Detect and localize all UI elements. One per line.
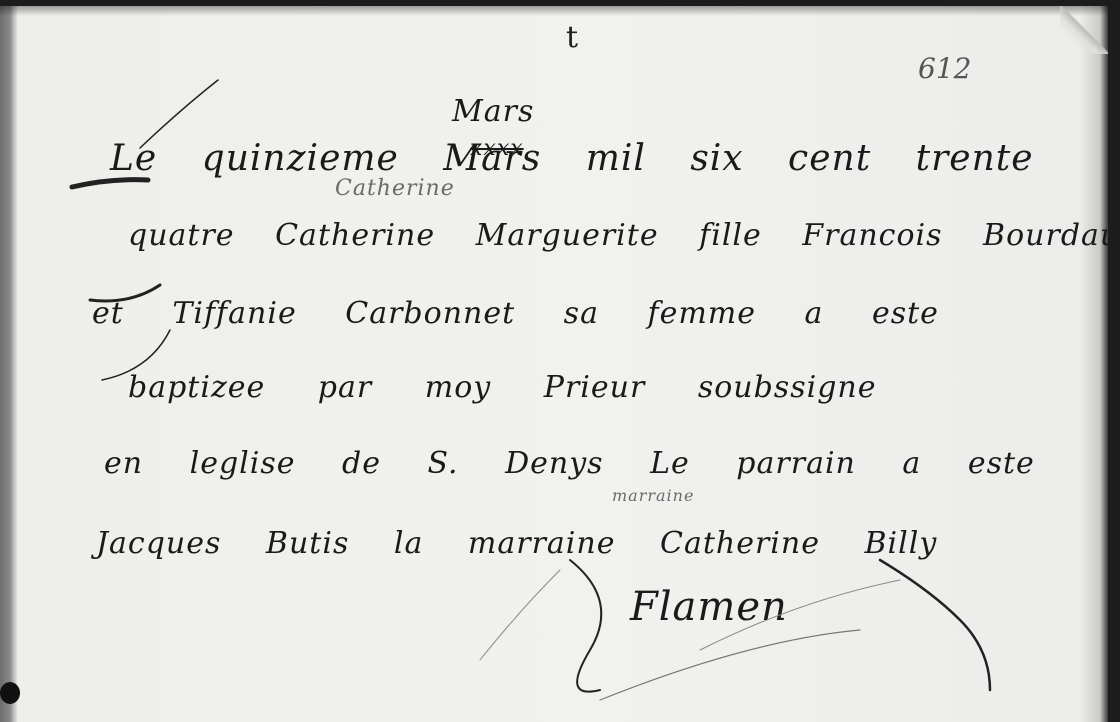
entry-line-3: et Tiffanie Carbonnet sa femme a este — [92, 296, 939, 331]
interlinear-month: Mars — [452, 94, 534, 129]
entry-line-1: Le quinzieme Mars mil six cent trente — [110, 138, 1034, 179]
interlinear-marraine: marraine — [612, 486, 694, 505]
entry-line-4: baptizee par moy Prieur soubssigne — [128, 370, 876, 405]
corner-fold — [1060, 6, 1108, 54]
top-mark: t — [566, 20, 578, 55]
ink-blot — [0, 682, 20, 704]
folio-number: 612 — [918, 52, 971, 85]
document-page: t 612 Mars xxxx Catherine marraine Le qu… — [0, 6, 1108, 722]
interlinear-catherine: Catherine — [335, 176, 455, 201]
entry-line-6: Jacques Butis la marraine Catherine Bill… — [96, 526, 937, 561]
entry-line-2: quatre Catherine Marguerite fille Franco… — [128, 218, 1108, 253]
entry-line-5: en leglise de S. Denys Le parrain a este — [104, 446, 1035, 481]
signature: Flamen — [630, 584, 788, 630]
scan-top-shadow — [0, 6, 1108, 16]
